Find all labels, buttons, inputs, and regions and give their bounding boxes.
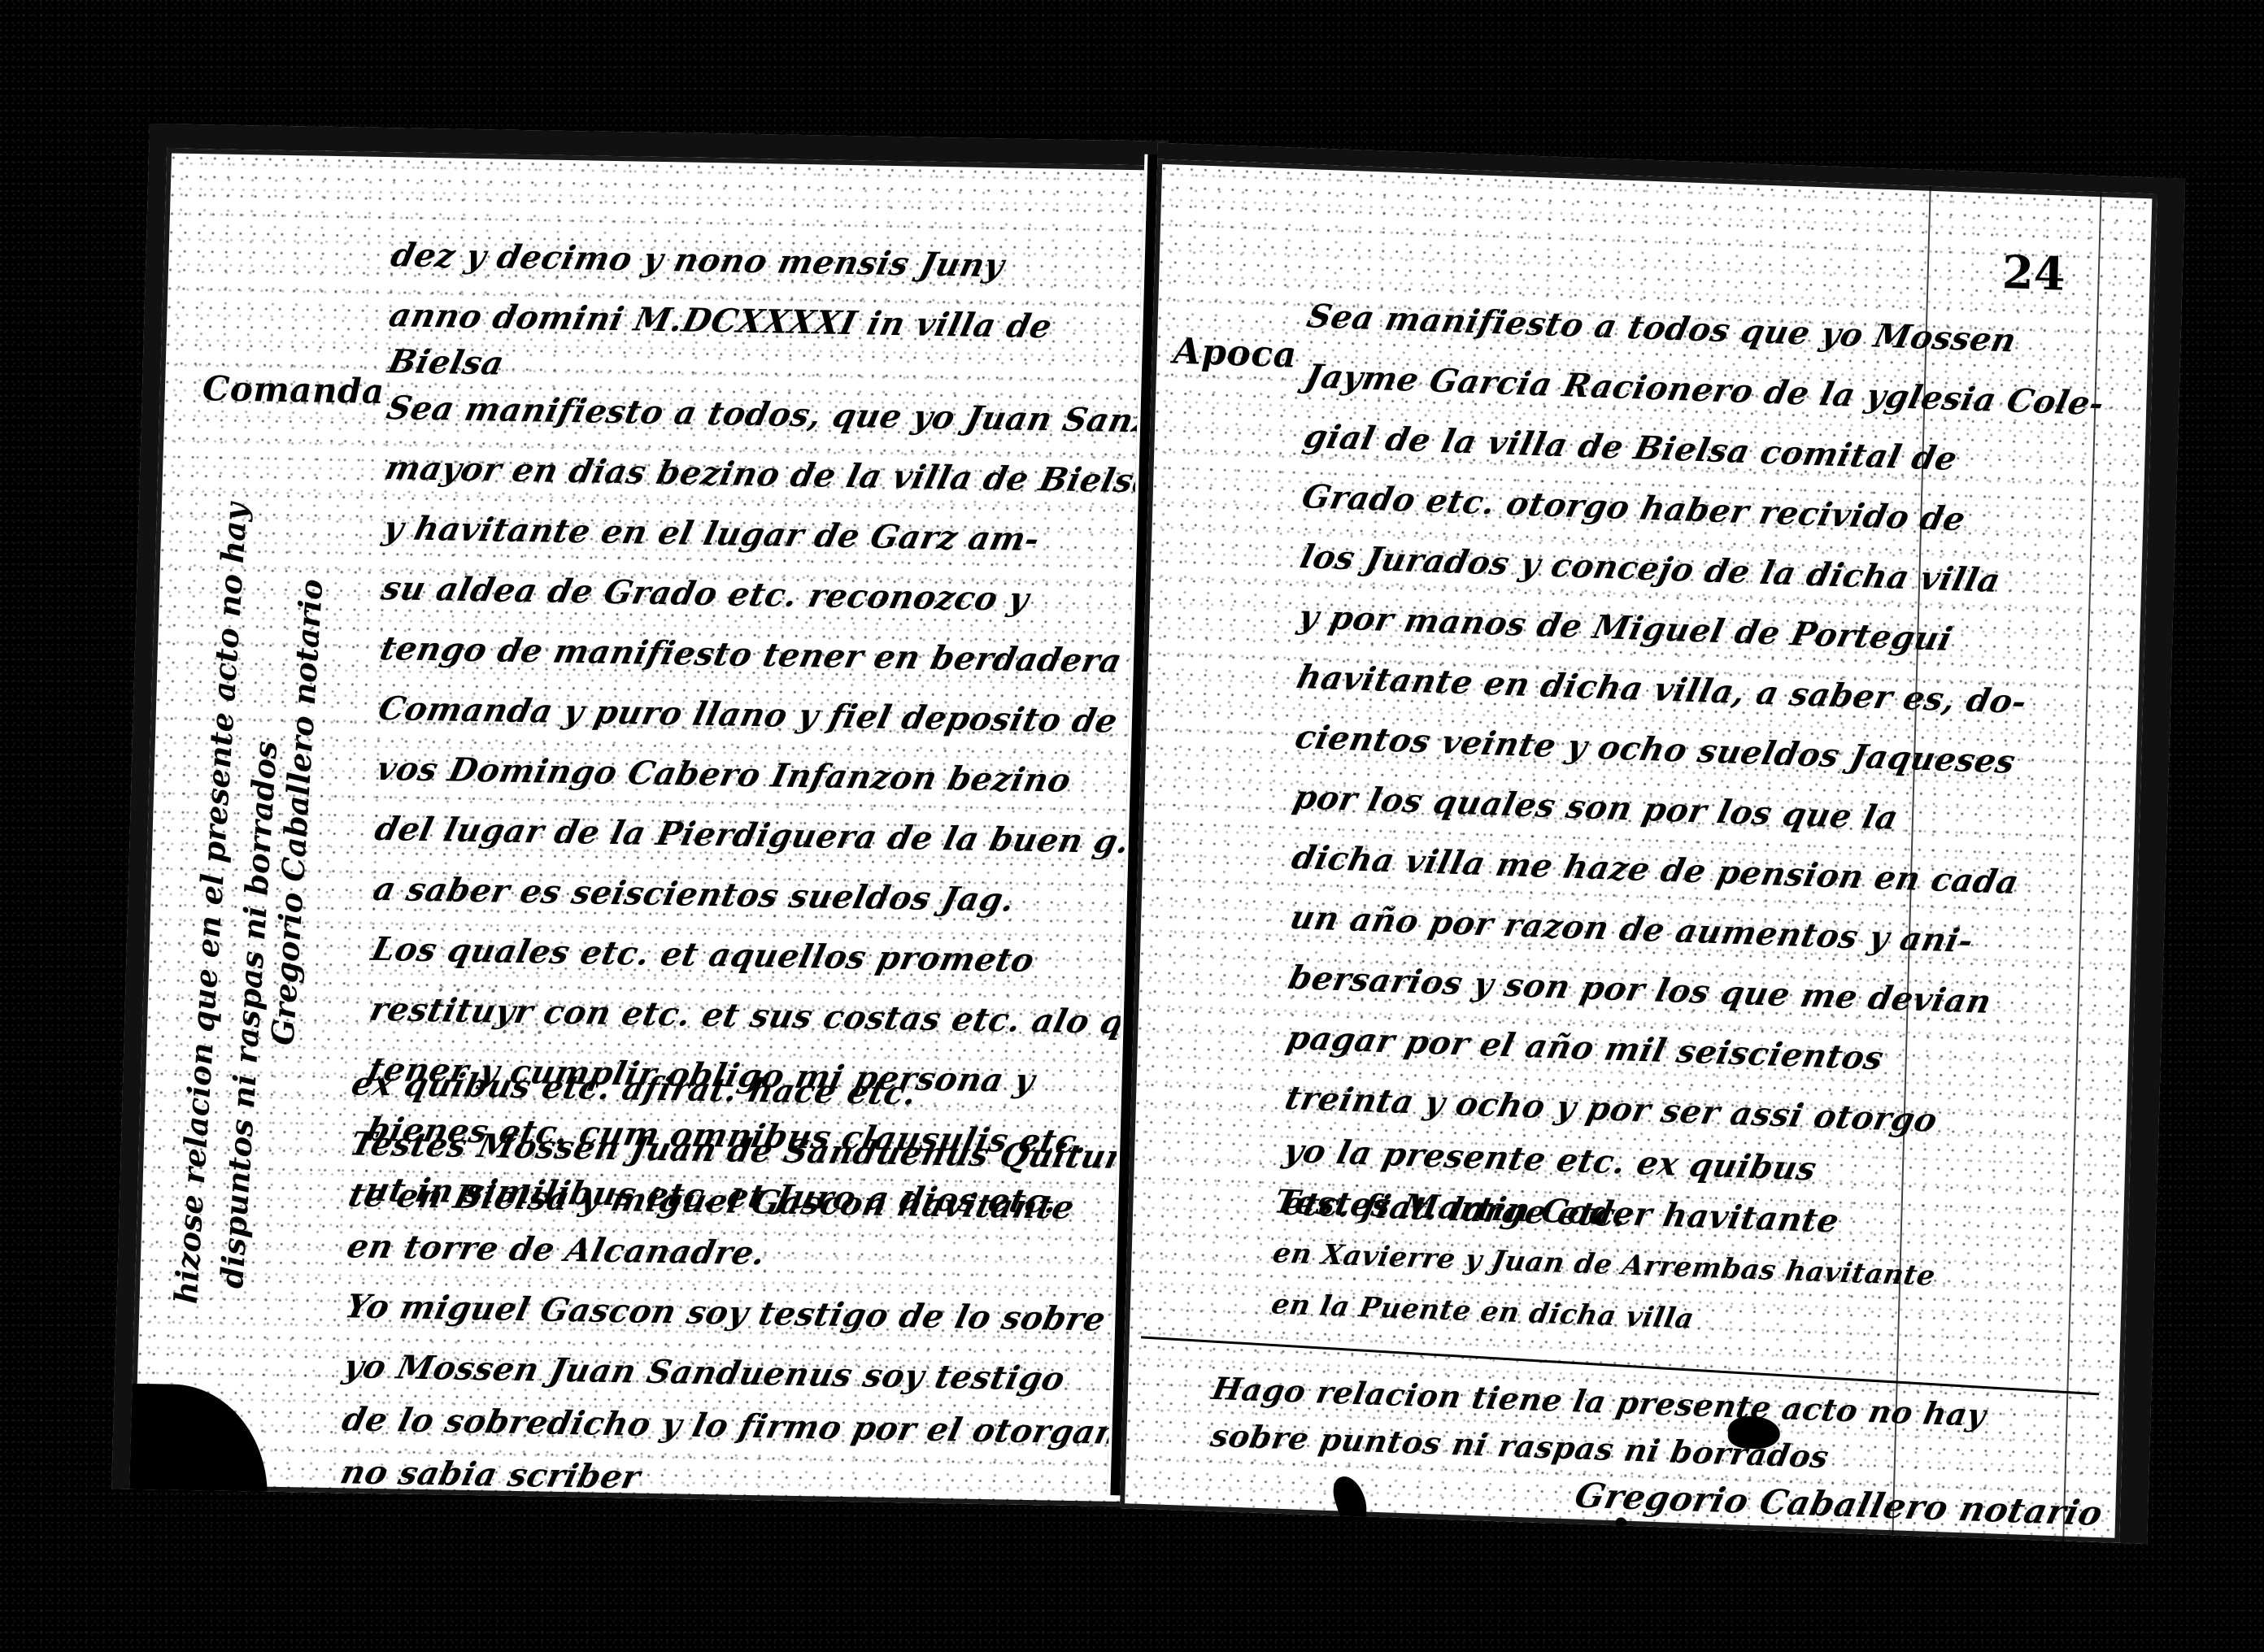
right-page-witnesses: Testes Martin Coder havitante en Xavierr… bbox=[1271, 1172, 2088, 1363]
faded-bleedthrough-text: · · · · bbox=[436, 974, 499, 1007]
faded-bleedthrough-text: · · · bbox=[499, 1016, 544, 1050]
margin-label-apoca: Apoca bbox=[1173, 330, 1297, 376]
ink-blot bbox=[1615, 1517, 1626, 1528]
open-book-spread: Comanda hizose relacion que en el presen… bbox=[102, 93, 2191, 1581]
left-page: Comanda hizose relacion que en el presen… bbox=[111, 124, 1168, 1506]
page-number: 24 bbox=[2001, 246, 2066, 302]
page-corner-curl bbox=[121, 1384, 271, 1500]
right-page-body: Sea manifiesto a todos que yo Mossen Jay… bbox=[1282, 286, 2121, 1262]
margin-label-comanda: Comanda bbox=[202, 368, 385, 411]
right-page: 24 Apoca Sea manifiesto a todos que yo M… bbox=[1120, 143, 2185, 1544]
left-page-witnesses: ex quibus etc. afirat. hace etc. Testes … bbox=[341, 1054, 1117, 1506]
ink-blot bbox=[1328, 1472, 1372, 1529]
